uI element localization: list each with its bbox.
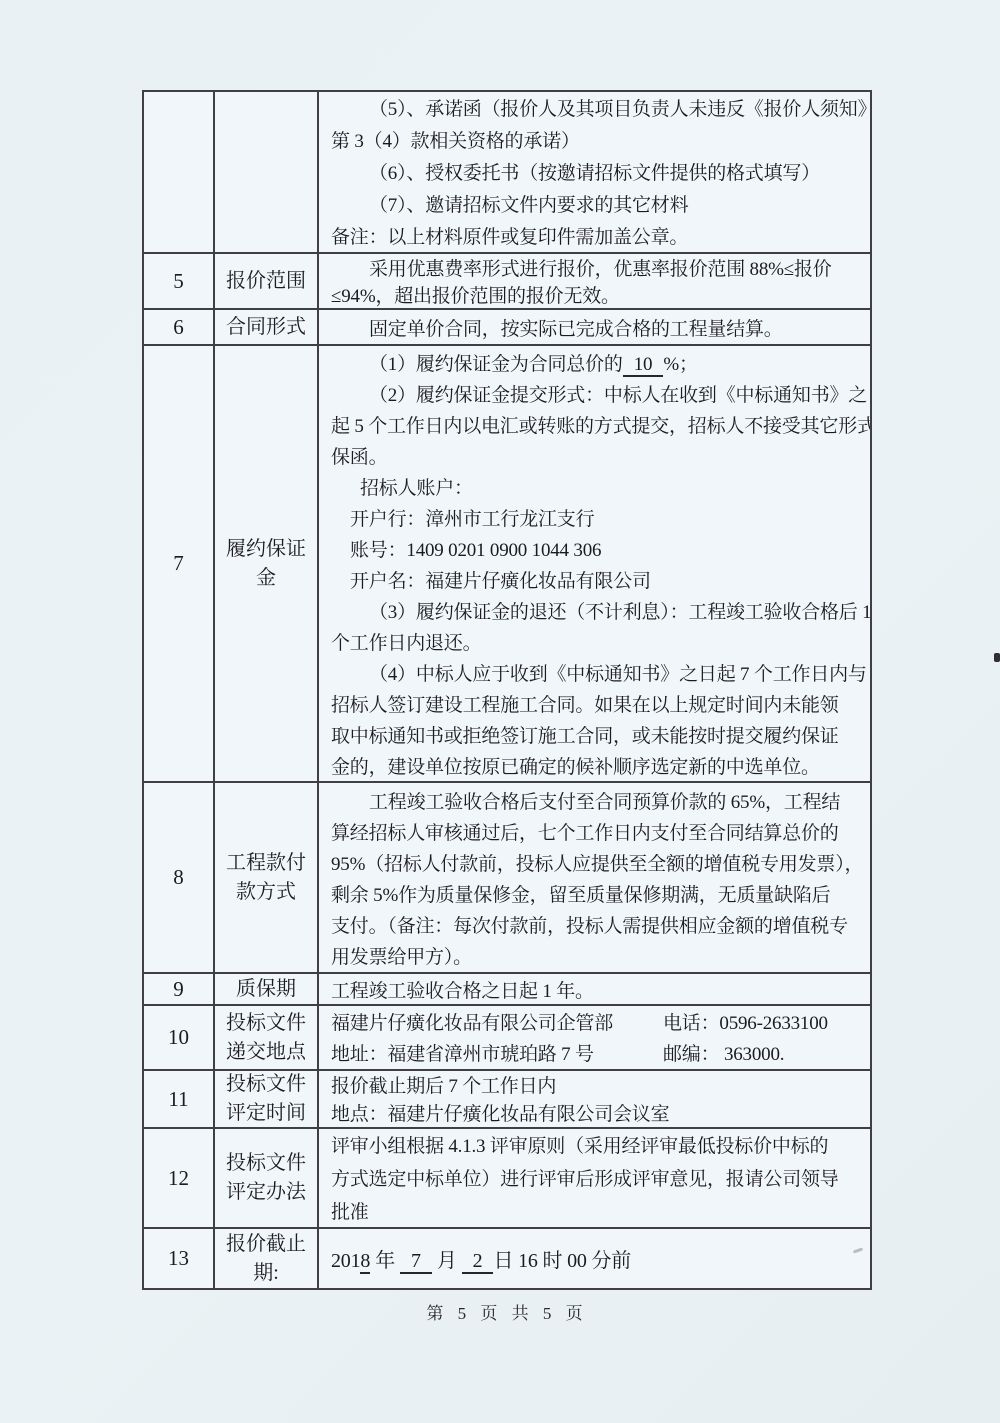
content-line: 方式选定中标单位）进行评审后形成评审意见，报请公司领导: [331, 1163, 862, 1196]
row-label-cell: 投标文件 递交地点: [215, 1006, 319, 1069]
page-footer: 第 5 页 共 5 页: [142, 1299, 872, 1324]
content-line: 工程竣工验收合格后支付至合同预算价款的 65%，工程结: [331, 787, 862, 818]
content-line: 地址：福建省漳州市琥珀路 7 号: [331, 1039, 663, 1069]
content-line: ≤94%，超出报价范围的报价无效。: [331, 283, 862, 308]
row-content-cell: 采用优惠费率形式进行报价，优惠率报价范围 88%≤报价 ≤94%，超出报价范围的…: [319, 254, 870, 308]
row-label-cell: 报价截止 期:: [215, 1229, 319, 1288]
row-content-cell: 福建片仔癀化妆品有限公司企管部 地址：福建省漳州市琥珀路 7 号 电话：0596…: [319, 1006, 870, 1069]
content-line: （7）、邀请招标文件内要求的其它材料: [331, 190, 862, 222]
row-label-cell: 履约保证 金: [215, 346, 319, 781]
row-number-cell: 13: [144, 1229, 215, 1288]
content-line: 起 5 个工作日内以电汇或转账的方式提交，招标人不接受其它形式的: [331, 411, 862, 442]
row-label-cell: 工程款付 款方式: [215, 783, 319, 972]
row-label-line: 评定时间: [226, 1099, 306, 1128]
row-label-line: 投标文件: [226, 1149, 306, 1178]
row-label-cell: 投标文件 评定时间: [215, 1071, 319, 1127]
content-line: 邮编： 363000.: [663, 1039, 862, 1069]
row-label-line: 工程款付: [226, 849, 306, 878]
deadline-date-line: 2018年7月2日 16 时 00 分前: [331, 1244, 631, 1273]
row-content-cell: 评审小组根据 4.1.3 评审原则（采用经评审最低投标价中标的 方式选定中标单位…: [319, 1129, 870, 1227]
content-line: 批准: [331, 1196, 862, 1227]
content-line: 评审小组根据 4.1.3 评审原则（采用经评审最低投标价中标的: [331, 1130, 862, 1163]
date-year-label: 年: [370, 1250, 400, 1272]
content-line: 招标人签订建设工程施工合同。如果在以上规定时间内未能领: [331, 690, 862, 721]
content-line: 电话：0596-2633100: [663, 1008, 862, 1039]
date-year-prefix: 201: [331, 1250, 360, 1272]
content-line: 招标人账户：: [331, 473, 862, 504]
content-line: 剩余 5%作为质量保修金，留至质量保修期满，无质量缺陷后: [331, 880, 862, 911]
content-line: 支付。（备注：每次付款前，投标人需提供相应金额的增值税专: [331, 911, 862, 942]
row-label-line: 金: [256, 564, 276, 593]
date-day-underlined: 2: [462, 1250, 494, 1274]
content-line: （4）中标人应于收到《中标通知书》之日起 7 个工作日内与: [331, 659, 862, 690]
row-label-line: 报价截止: [226, 1230, 306, 1259]
content-line: 报价截止期后 7 个工作日内: [331, 1073, 862, 1101]
content-line: 第 3（4）款相关资格的承诺）: [331, 126, 862, 158]
row-label-cell: 质保期: [215, 974, 319, 1004]
table-row-11: 11 投标文件 评定时间 报价截止期后 7 个工作日内 地点：福建片仔癀化妆品有…: [144, 1071, 870, 1129]
content-text: （1）履约保证金为合同总价的: [369, 354, 623, 375]
row-label-cell: 投标文件 评定办法: [215, 1129, 319, 1227]
content-line: （1）履约保证金为合同总价的10%；: [331, 349, 862, 380]
scan-speck: [994, 653, 1000, 662]
row-label-line: 款方式: [236, 878, 296, 907]
content-line: 工程竣工验收合格之日起 1 年。: [331, 976, 862, 1003]
table-row-13: 13 报价截止 期: 2018年7月2日 16 时 00 分前: [144, 1229, 870, 1288]
content-line: （5）、承诺函（报价人及其项目负责人未违反《报价人须知》: [331, 94, 862, 126]
row-number-cell: 10: [144, 1006, 215, 1069]
underlined-value: 10: [623, 354, 664, 377]
date-year-underlined: 8: [360, 1250, 370, 1274]
content-line: 算经招标人审核通过后，七个工作日内支付至合同结算总价的: [331, 818, 862, 849]
content-line: 个工作日内退还。: [331, 628, 862, 659]
content-text: %；: [663, 354, 697, 375]
content-line: 地点：福建片仔癀化妆品有限公司会议室: [331, 1101, 862, 1127]
row-content-cell: （5）、承诺函（报价人及其项目负责人未违反《报价人须知》 第 3（4）款相关资格…: [319, 92, 870, 252]
contact-column: 电话：0596-2633100 邮编： 363000.: [663, 1008, 862, 1069]
content-line: 开户名：福建片仔癀化妆品有限公司: [331, 566, 862, 597]
content-line: 金的，建设单位按原已确定的候补顺序选定新的中选单位。: [331, 752, 862, 781]
table-row-12: 12 投标文件 评定办法 评审小组根据 4.1.3 评审原则（采用经评审最低投标…: [144, 1129, 870, 1229]
row-content-cell: 工程竣工验收合格后支付至合同预算价款的 65%，工程结 算经招标人审核通过后，七…: [319, 783, 870, 972]
content-line: 用发票给甲方）。: [331, 942, 862, 972]
row-label-line: 投标文件: [226, 1070, 306, 1099]
table-row-7: 7 履约保证 金 （1）履约保证金为合同总价的10%； （2）履约保证金提交形式…: [144, 346, 870, 783]
content-columns: 福建片仔癀化妆品有限公司企管部 地址：福建省漳州市琥珀路 7 号 电话：0596…: [331, 1008, 862, 1069]
date-month-label: 月: [432, 1250, 462, 1272]
table-row-9: 9 质保期 工程竣工验收合格之日起 1 年。: [144, 974, 870, 1006]
date-time-text: 日 16 时 00 分前: [493, 1250, 631, 1272]
table-row-6: 6 合同形式 固定单价合同，按实际已完成合格的工程量结算。: [144, 310, 870, 346]
tender-conditions-table: （5）、承诺函（报价人及其项目负责人未违反《报价人须知》 第 3（4）款相关资格…: [142, 90, 872, 1290]
row-label-line: 期:: [253, 1259, 279, 1288]
content-line: （3）履约保证金的退还（不计利息）：工程竣工验收合格后 10: [331, 597, 862, 628]
row-number-cell: 7: [144, 346, 215, 781]
row-number-cell: 11: [144, 1071, 215, 1127]
row-label-line: 评定办法: [226, 1178, 306, 1207]
table-row-5: 5 报价范围 采用优惠费率形式进行报价，优惠率报价范围 88%≤报价 ≤94%，…: [144, 254, 870, 310]
row-content-cell: （1）履约保证金为合同总价的10%； （2）履约保证金提交形式：中标人在收到《中…: [319, 346, 870, 781]
content-line: 保函。: [331, 442, 862, 473]
row-label-line: 投标文件: [226, 1009, 306, 1038]
scanned-document-page: （5）、承诺函（报价人及其项目负责人未违反《报价人须知》 第 3（4）款相关资格…: [0, 0, 1000, 1423]
row-number-cell: 12: [144, 1129, 215, 1227]
content-line: 取中标通知书或拒绝签订施工合同，或未能按时提交履约保证: [331, 721, 862, 752]
row-label-cell: 报价范围: [215, 254, 319, 308]
date-month-underlined: 7: [400, 1250, 432, 1274]
content-line: 福建片仔癀化妆品有限公司企管部: [331, 1008, 663, 1039]
row-number-cell: 5: [144, 254, 215, 308]
row-content-cell: 2018年7月2日 16 时 00 分前: [319, 1229, 870, 1288]
content-line: （2）履约保证金提交形式：中标人在收到《中标通知书》之日: [331, 380, 862, 411]
row-number-cell: 6: [144, 310, 215, 344]
address-column: 福建片仔癀化妆品有限公司企管部 地址：福建省漳州市琥珀路 7 号: [331, 1008, 663, 1069]
row-content-cell: 固定单价合同，按实际已完成合格的工程量结算。: [319, 310, 870, 344]
row-label-line: 递交地点: [226, 1038, 306, 1067]
table-row-10: 10 投标文件 递交地点 福建片仔癀化妆品有限公司企管部 地址：福建省漳州市琥珀…: [144, 1006, 870, 1071]
content-line: 账号：1409 0201 0900 1044 306: [331, 535, 862, 566]
row-label-cell: 合同形式: [215, 310, 319, 344]
row-label-cell: [215, 92, 319, 252]
table-row-item4-continuation: （5）、承诺函（报价人及其项目负责人未违反《报价人须知》 第 3（4）款相关资格…: [144, 92, 870, 254]
table-row-8: 8 工程款付 款方式 工程竣工验收合格后支付至合同预算价款的 65%，工程结 算…: [144, 783, 870, 974]
content-line: 备注：以上材料原件或复印件需加盖公章。: [331, 222, 862, 252]
row-content-cell: 工程竣工验收合格之日起 1 年。: [319, 974, 870, 1004]
row-content-cell: 报价截止期后 7 个工作日内 地点：福建片仔癀化妆品有限公司会议室: [319, 1071, 870, 1127]
content-line: 采用优惠费率形式进行报价，优惠率报价范围 88%≤报价: [331, 256, 862, 283]
content-line: 固定单价合同，按实际已完成合格的工程量结算。: [331, 314, 862, 341]
row-label-line: 履约保证: [226, 535, 306, 564]
content-line: （6）、授权委托书（按邀请招标文件提供的格式填写）: [331, 158, 862, 190]
row-number-cell: [144, 92, 215, 252]
content-line: 开户行：漳州市工行龙江支行: [331, 504, 862, 535]
row-number-cell: 8: [144, 783, 215, 972]
row-number-cell: 9: [144, 974, 215, 1004]
content-line: 95%（招标人付款前，投标人应提供至全额的增值税专用发票），: [331, 849, 862, 880]
